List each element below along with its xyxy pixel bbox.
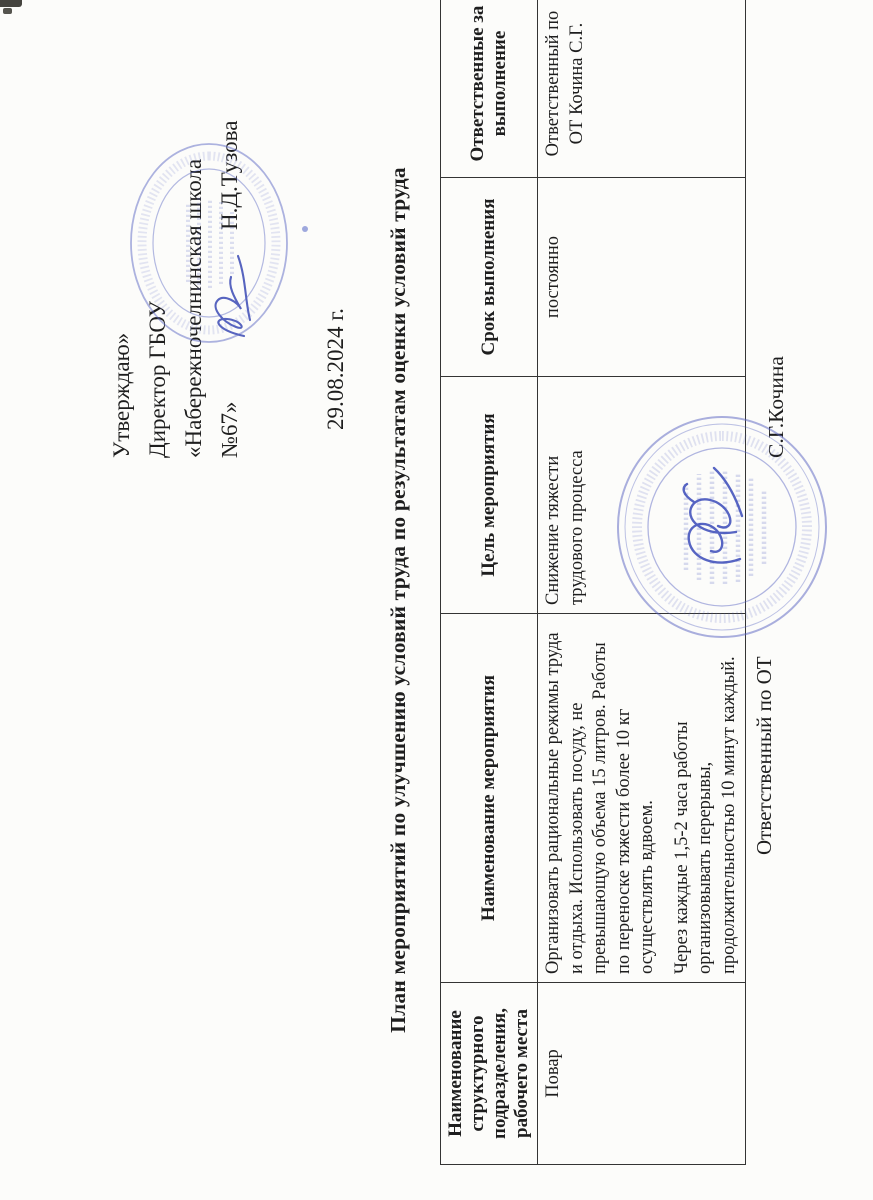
measure-paragraph-1: Организовать рациональные режимы труда и… bbox=[542, 622, 660, 974]
document-title: План мероприятий по улучшению условий тр… bbox=[386, 0, 411, 1200]
header-measure: Наименование мероприятия bbox=[441, 614, 538, 983]
director-signature bbox=[204, 248, 256, 340]
scan-artifact bbox=[3, 8, 12, 14]
approval-line-2: Директор ГБОУ bbox=[140, 86, 176, 458]
cell-term: постоянно bbox=[538, 178, 746, 377]
approval-line-1: Утверждаю» bbox=[104, 86, 140, 458]
approval-line-4: №67» Н.Д.Тузова bbox=[212, 86, 248, 458]
cell-measure: Организовать рациональные режимы труда и… bbox=[538, 614, 746, 983]
table-header-row: Наименование структурного подразделения,… bbox=[441, 0, 538, 1165]
cell-unit: Повар bbox=[538, 983, 746, 1165]
measures-table: Наименование структурного подразделения,… bbox=[440, 0, 746, 1165]
header-unit: Наименование структурного подразделения,… bbox=[441, 983, 538, 1165]
footer-responsible-name: С.Г.Кочина bbox=[764, 356, 789, 458]
header-term: Срок выполнения bbox=[441, 178, 538, 377]
approval-date: 29.08.2024 г. bbox=[318, 86, 354, 430]
approval-block: Утверждаю» Директор ГБОУ «Набережночелни… bbox=[104, 86, 354, 458]
scanned-document-page: Утверждаю» Директор ГБОУ «Набережночелни… bbox=[0, 0, 873, 1200]
header-responsible: Ответственные за выполнение bbox=[441, 0, 538, 178]
footer-responsible-label: Ответственный по ОТ bbox=[752, 656, 777, 855]
director-name: Н.Д.Тузова bbox=[212, 121, 248, 230]
table-row: Повар Организовать рациональные режимы т… bbox=[538, 0, 746, 1165]
responsible-signature bbox=[674, 456, 758, 574]
header-goal: Цель мероприятия bbox=[441, 377, 538, 614]
scan-artifact bbox=[0, 0, 22, 7]
school-number: №67» bbox=[217, 402, 242, 458]
cell-responsible: Ответственный по ОТ Кочина С.Г. bbox=[538, 0, 746, 178]
ink-speck bbox=[302, 226, 308, 232]
measure-paragraph-2: Через каждые 1,5-2 часа работы организов… bbox=[671, 622, 742, 974]
